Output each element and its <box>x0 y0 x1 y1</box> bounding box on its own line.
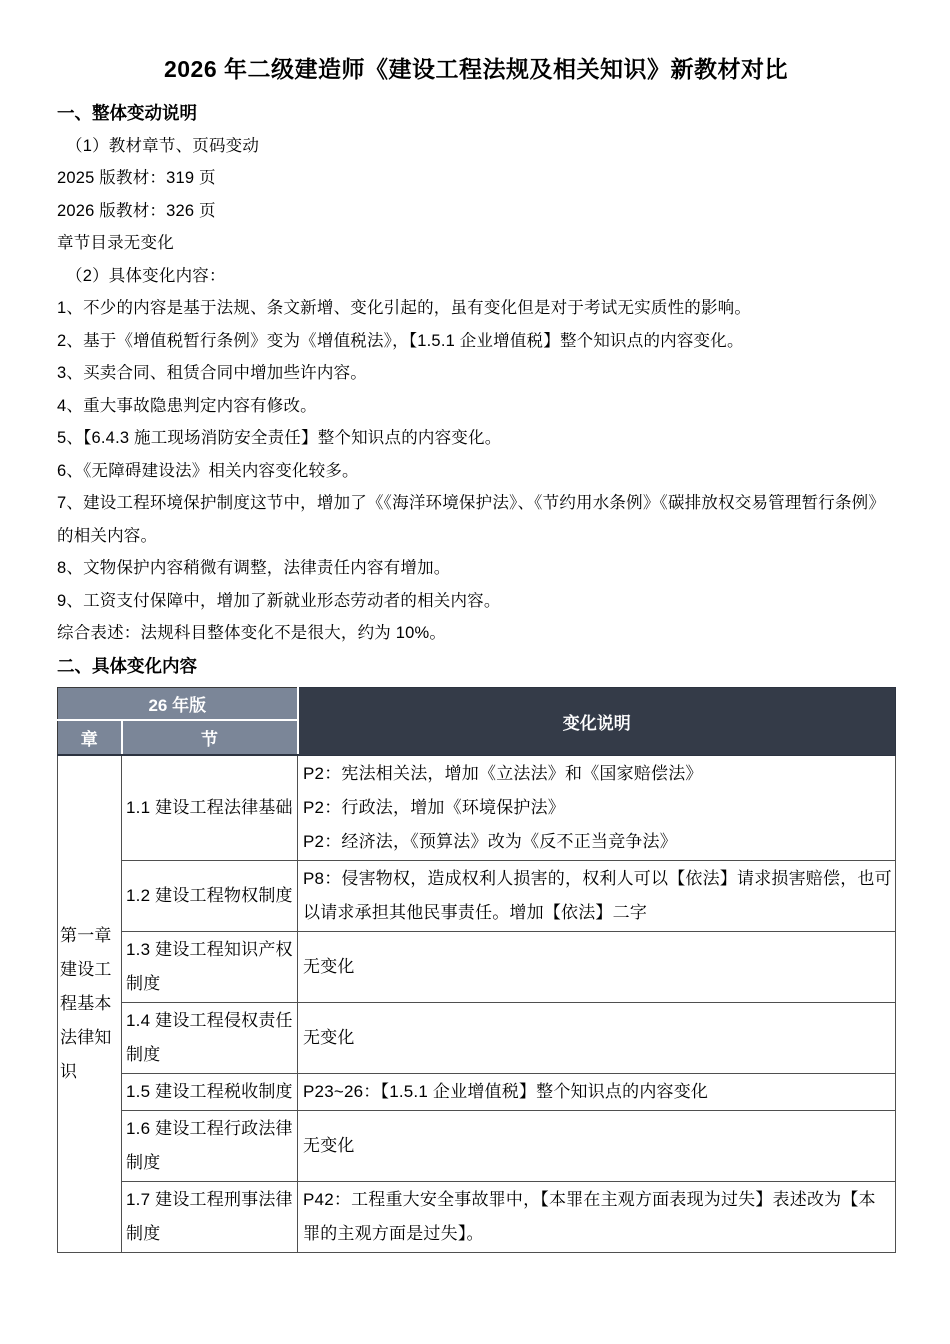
table-row: 1.5 建设工程税收制度P23~26：【1.5.1 企业增值税】整个知识点的内容… <box>58 1073 896 1110</box>
header-chapter-column: 章 <box>58 720 122 755</box>
change-cell: P23~26：【1.5.1 企业增值税】整个知识点的内容变化 <box>298 1073 896 1110</box>
paragraph-item-7: 7、建设工程环境保护制度这节中，增加了《《海洋环境保护法》、《节约用水条例》《碳… <box>57 487 895 552</box>
section-cell: 1.4 建设工程侵权责任制度 <box>122 1002 298 1073</box>
paragraph-2025-pages: 2025 版教材：319 页 <box>57 162 895 195</box>
change-cell: 无变化 <box>298 931 896 1002</box>
changes-comparison-table: 26 年版 变化说明 章 节 第一章建设工程基本法律知识1.1 建设工程法律基础… <box>57 687 896 1253</box>
section-cell: 1.7 建设工程刑事法律制度 <box>122 1181 298 1252</box>
document-title: 2026 年二级建造师《建设工程法规及相关知识》新教材对比 <box>57 52 895 86</box>
change-cell: 无变化 <box>298 1002 896 1073</box>
header-section-column: 节 <box>122 720 298 755</box>
header-change-description: 变化说明 <box>298 688 896 756</box>
paragraph-item-2: 2、基于《增值税暂行条例》变为《增值税法》，【1.5.1 企业增值税】整个知识点… <box>57 325 895 358</box>
paragraph-item-9: 9、工资支付保障中，增加了新就业形态劳动者的相关内容。 <box>57 585 895 618</box>
paragraph-chapter-page-change: （1）教材章节、页码变动 <box>57 130 895 163</box>
paragraph-item-3: 3、买卖合同、租赁合同中增加些许内容。 <box>57 357 895 390</box>
header-version-26: 26 年版 <box>58 688 298 721</box>
table-row: 1.2 建设工程物权制度P8：侵害物权，造成权利人损害的，权利人可以【依法】请求… <box>58 860 896 931</box>
paragraph-item-6: 6、《无障碍建设法》相关内容变化较多。 <box>57 455 895 488</box>
change-line: 无变化 <box>303 950 892 984</box>
section-cell: 1.6 建设工程行政法律制度 <box>122 1110 298 1181</box>
table-header-row-version: 26 年版 变化说明 <box>58 688 896 721</box>
change-line: P2：宪法相关法，增加《立法法》和《国家赔偿法》 <box>303 757 892 791</box>
paragraph-detail-intro: （2）具体变化内容： <box>57 260 895 293</box>
section2-heading: 二、具体变化内容 <box>57 650 895 683</box>
section-cell: 1.3 建设工程知识产权制度 <box>122 931 298 1002</box>
section-cell: 1.1 建设工程法律基础 <box>122 755 298 860</box>
paragraph-item-1: 1、不少的内容是基于法规、条文新增、变化引起的，虽有变化但是对于考试无实质性的影… <box>57 292 895 325</box>
document-page: 2026 年二级建造师《建设工程法规及相关知识》新教材对比 一、整体变动说明 （… <box>0 0 950 1344</box>
paragraph-2026-pages: 2026 版教材：326 页 <box>57 195 895 228</box>
section-cell: 1.5 建设工程税收制度 <box>122 1073 298 1110</box>
change-line: 无变化 <box>303 1021 892 1055</box>
change-line: P8：侵害物权，造成权利人损害的，权利人可以【依法】请求损害赔偿，也可以请求承担… <box>303 862 892 930</box>
table-row: 1.4 建设工程侵权责任制度无变化 <box>58 1002 896 1073</box>
change-line: P42：工程重大安全事故罪中，【本罪在主观方面表现为过失】表述改为【本罪的主观方… <box>303 1183 892 1251</box>
change-line: P2：经济法，《预算法》改为《反不正当竞争法》 <box>303 825 892 859</box>
paragraph-item-5: 5、【6.4.3 施工现场消防安全责任】整个知识点的内容变化。 <box>57 422 895 455</box>
change-line: P23~26：【1.5.1 企业增值税】整个知识点的内容变化 <box>303 1075 892 1109</box>
table-row: 1.7 建设工程刑事法律制度P42：工程重大安全事故罪中，【本罪在主观方面表现为… <box>58 1181 896 1252</box>
change-cell: P8：侵害物权，造成权利人损害的，权利人可以【依法】请求损害赔偿，也可以请求承担… <box>298 860 896 931</box>
change-cell: 无变化 <box>298 1110 896 1181</box>
change-cell: P42：工程重大安全事故罪中，【本罪在主观方面表现为过失】表述改为【本罪的主观方… <box>298 1181 896 1252</box>
paragraph-summary: 综合表述：法规科目整体变化不是很大，约为 10%。 <box>57 617 895 650</box>
change-cell: P2：宪法相关法，增加《立法法》和《国家赔偿法》P2：行政法，增加《环境保护法》… <box>298 755 896 860</box>
chapter-cell: 第一章建设工程基本法律知识 <box>58 755 122 1252</box>
section1-heading: 一、整体变动说明 <box>57 97 895 130</box>
table-row: 第一章建设工程基本法律知识1.1 建设工程法律基础P2：宪法相关法，增加《立法法… <box>58 755 896 860</box>
table-row: 1.6 建设工程行政法律制度无变化 <box>58 1110 896 1181</box>
section-cell: 1.2 建设工程物权制度 <box>122 860 298 931</box>
paragraph-item-4: 4、重大事故隐患判定内容有修改。 <box>57 390 895 423</box>
change-line: P2：行政法，增加《环境保护法》 <box>303 791 892 825</box>
table-body: 第一章建设工程基本法律知识1.1 建设工程法律基础P2：宪法相关法，增加《立法法… <box>58 755 896 1252</box>
table-row: 1.3 建设工程知识产权制度无变化 <box>58 931 896 1002</box>
paragraph-item-8: 8、文物保护内容稍微有调整，法律责任内容有增加。 <box>57 552 895 585</box>
paragraph-toc-no-change: 章节目录无变化 <box>57 227 895 260</box>
change-line: 无变化 <box>303 1129 892 1163</box>
